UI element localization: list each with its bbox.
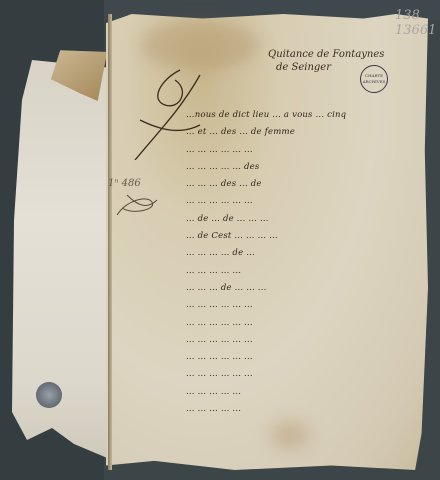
margin-paraph (112, 190, 162, 220)
text-line: ... de ... de ... ... ... (186, 211, 426, 228)
text-line: ... de Cest ... ... ... ... (186, 228, 426, 245)
archive-stamp: CHARTE ARCHIVES (360, 65, 388, 93)
page-fold (108, 14, 112, 470)
text-line: ... ... ... ... ... ... (186, 297, 426, 314)
text-line: ... ... ... ... ... ... (186, 315, 426, 332)
text-line: ... ... ... ... ... (186, 384, 426, 401)
margin-annotation: 1ⁿ 486 (108, 178, 141, 189)
text-line: ... ... ... de ... ... ... (186, 280, 426, 297)
paper-hole (36, 382, 62, 408)
text-line: ... ... ... ... ... (186, 263, 426, 280)
text-line: ...nous de dict lieu ... a vous ... cinq (186, 107, 426, 124)
text-line: ... ... ... ... ... ... (186, 332, 426, 349)
stamp-text-bottom: ARCHIVES (363, 79, 386, 85)
text-line: ... ... ... ... ... ... (186, 349, 426, 366)
left-folded-leaf (12, 60, 112, 460)
manuscript-body: ...nous de dict lieu ... a vous ... cinq… (186, 107, 426, 418)
text-line: ... ... ... ... ... ... (186, 193, 426, 210)
text-line: ... ... ... ... ... ... (186, 142, 426, 159)
reference-number: 138 13661 (395, 8, 440, 38)
water-stain (270, 420, 310, 450)
text-line: ... ... ... ... ... des (186, 159, 426, 176)
text-line: ... ... ... des ... de (186, 176, 426, 193)
text-line: ... ... ... ... de ... (186, 245, 426, 262)
heading-line: Quitance de Fontaynes (268, 48, 388, 61)
text-line: ... ... ... ... ... (186, 401, 426, 418)
text-line: ... et ... des ... de femme (186, 124, 426, 141)
text-line: ... ... ... ... ... ... (186, 366, 426, 383)
